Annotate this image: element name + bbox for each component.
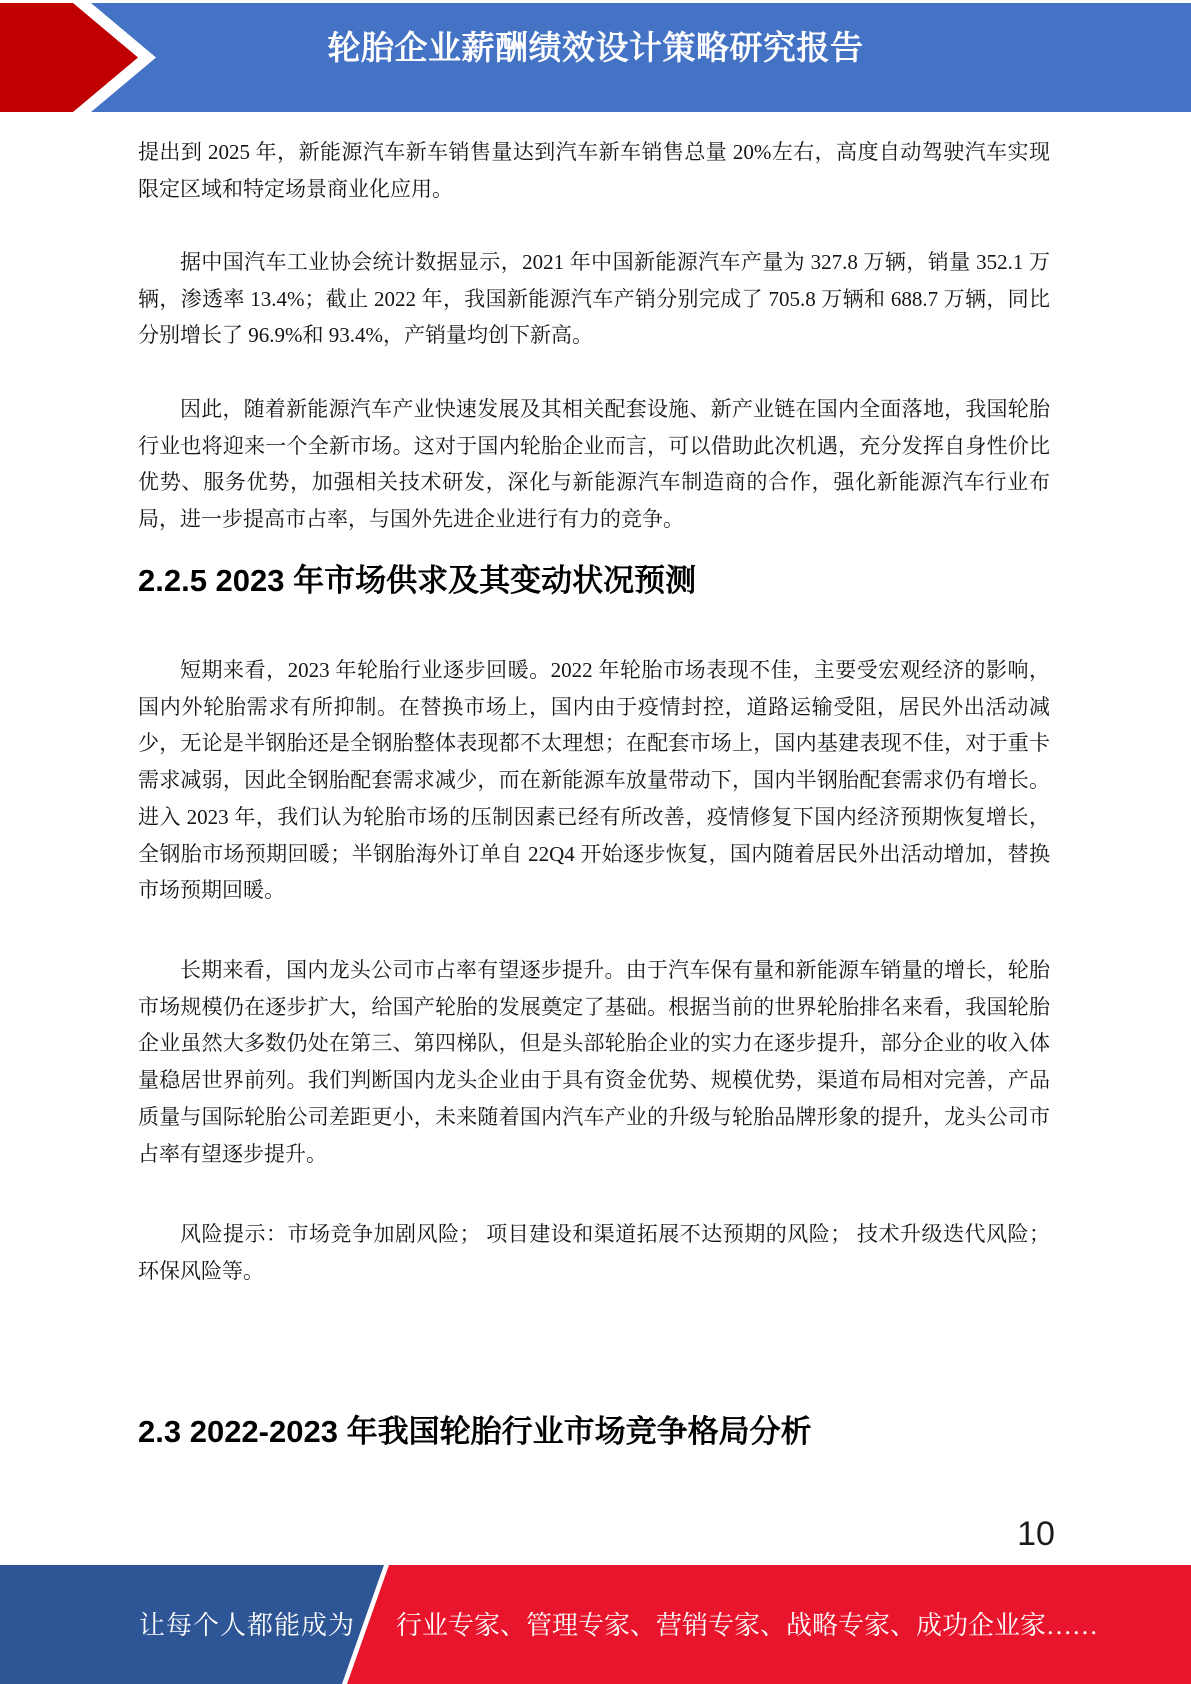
page-number: 10	[1004, 1516, 1068, 1552]
section-heading-2-2-5: 2.2.5 2023 年市场供求及其变动状况预测	[138, 560, 1090, 602]
report-header: 轮胎企业薪酬绩效设计策略研究报告	[0, 3, 1191, 112]
footer-slogan-experts: 行业专家、管理专家、营销专家、战略专家、成功企业家……	[396, 1611, 1098, 1641]
paragraph-market-opportunity: 因此，随着新能源汽车产业快速发展及其相关配套设施、新产业链在国内全面落地，我国轮…	[138, 391, 1050, 538]
paragraph-short-term-outlook: 短期来看，2023 年轮胎行业逐步回暖。2022 年轮胎市场表现不佳，主要受宏观…	[138, 652, 1050, 909]
paragraph-risk-notice: 风险提示：市场竞争加剧风险； 项目建设和渠道拓展不达预期的风险； 技术升级迭代风…	[138, 1216, 1050, 1289]
paragraph-caam-statistics: 据中国汽车工业协会统计数据显示，2021 年中国新能源汽车产量为 327.8 万…	[138, 244, 1050, 354]
footer-slogan-lead: 让每个人都能成为	[139, 1611, 355, 1641]
section-heading-2-3: 2.3 2022-2023 年我国轮胎行业市场竞争格局分析	[138, 1411, 1090, 1453]
paragraph-long-term-outlook: 长期来看，国内龙头公司市占率有望逐步提升。由于汽车保有量和新能源车销量的增长，轮…	[138, 952, 1050, 1172]
paragraph-policy-target: 提出到 2025 年，新能源汽车新车销售量达到汽车新车销售总量 20%左右，高度…	[138, 134, 1050, 207]
report-page: { "header": { "title": "轮胎企业薪酬绩效设计策略研究报告…	[0, 0, 1191, 1684]
report-title: 轮胎企业薪酬绩效设计策略研究报告	[0, 29, 1191, 67]
page-footer: 让每个人都能成为 行业专家、管理专家、营销专家、战略专家、成功企业家……	[0, 1565, 1191, 1684]
